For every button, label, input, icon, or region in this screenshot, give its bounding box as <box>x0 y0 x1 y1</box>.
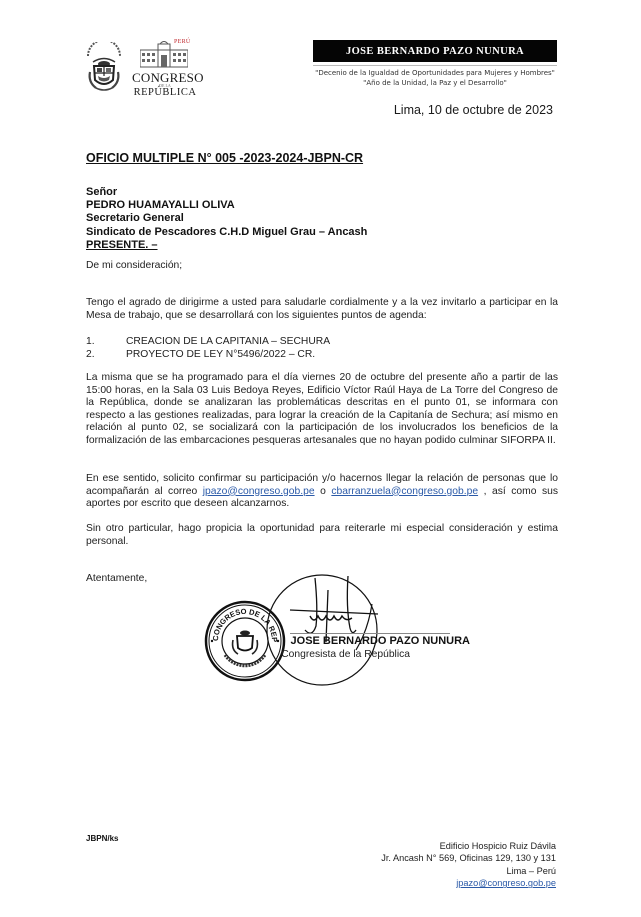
agenda-text: CREACION DE LA CAPITANIA – SECHURA <box>126 336 330 349</box>
addressee-salutation: Señor <box>86 186 367 199</box>
peru-coat-of-arms-icon <box>82 42 126 96</box>
footer-email-link[interactable]: jpazo@congreso.gob.pe <box>456 878 556 888</box>
agenda-number: 2. <box>86 349 126 362</box>
sign-off: Atentamente, <box>86 573 147 584</box>
agenda-number: 1. <box>86 336 126 349</box>
addressee-organization: Sindicato de Pescadores C.H.D Miguel Gra… <box>86 226 367 239</box>
meeting-details-paragraph: La misma que se ha programado para el dí… <box>86 372 558 448</box>
address-line: Edificio Hospicio Ruiz Dávila <box>330 840 556 852</box>
logo-line-republica: REPÚBLICA <box>132 87 198 98</box>
email-link-jpazo[interactable]: jpazo@congreso.gob.pe <box>203 486 315 497</box>
confirm-text-middle: o <box>315 486 332 497</box>
signer-title: Congresista de la República <box>240 649 410 660</box>
reference-initials: JBPN/ks <box>86 834 118 843</box>
email-link-cbarranzuela[interactable]: cbarranzuela@congreso.gob.pe <box>331 486 478 497</box>
country-label: PERÚ <box>174 39 191 45</box>
greeting: De mi consideración; <box>86 260 558 273</box>
document-reference: OFICIO MULTIPLE N° 005 -2023-2024-JBPN-C… <box>86 151 363 165</box>
decade-motto: "Decenio de la Igualdad de Oportunidades… <box>300 69 570 77</box>
intro-paragraph: Tengo el agrado de dirigirme a usted par… <box>86 297 558 322</box>
agenda-item: 2. PROYECTO DE LEY N°5496/2022 – CR. <box>86 349 330 362</box>
handwritten-signature-icon <box>260 568 390 688</box>
agenda-list: 1. CREACION DE LA CAPITANIA – SECHURA 2.… <box>86 336 330 361</box>
addressee-position: Secretario General <box>86 212 367 225</box>
header-divider <box>313 65 557 66</box>
congreso-republica-logo: PERÚ CONGRESO DE LA REPÚBLICA <box>132 40 198 100</box>
year-motto: "Año de la Unidad, la Paz y el Desarroll… <box>300 79 570 87</box>
place-date: Lima, 10 de octubre de 2023 <box>300 103 553 117</box>
congressman-banner: JOSE BERNARDO PAZO NUNURA <box>313 40 557 62</box>
office-address: Edificio Hospicio Ruiz Dávila Jr. Ancash… <box>330 840 556 890</box>
signature-line <box>290 633 450 634</box>
addressee-block: Señor PEDRO HUAMAYALLI OLIVA Secretario … <box>86 186 367 252</box>
agenda-text: PROYECTO DE LEY N°5496/2022 – CR. <box>126 349 315 362</box>
closing-paragraph: Sin otro particular, hago propicia la op… <box>86 523 558 548</box>
addressee-presente: PRESENTE. – <box>86 239 367 252</box>
agenda-item: 1. CREACION DE LA CAPITANIA – SECHURA <box>86 336 330 349</box>
addressee-name: PEDRO HUAMAYALLI OLIVA <box>86 199 367 212</box>
address-line: Lima – Perú <box>330 865 556 877</box>
confirmation-paragraph: En ese sentido, solicito confirmar su pa… <box>86 473 558 511</box>
address-line: Jr. Ancash N° 569, Oficinas 129, 130 y 1… <box>330 852 556 864</box>
signer-name: JOSE BERNARDO PAZO NUNURA <box>240 635 470 647</box>
